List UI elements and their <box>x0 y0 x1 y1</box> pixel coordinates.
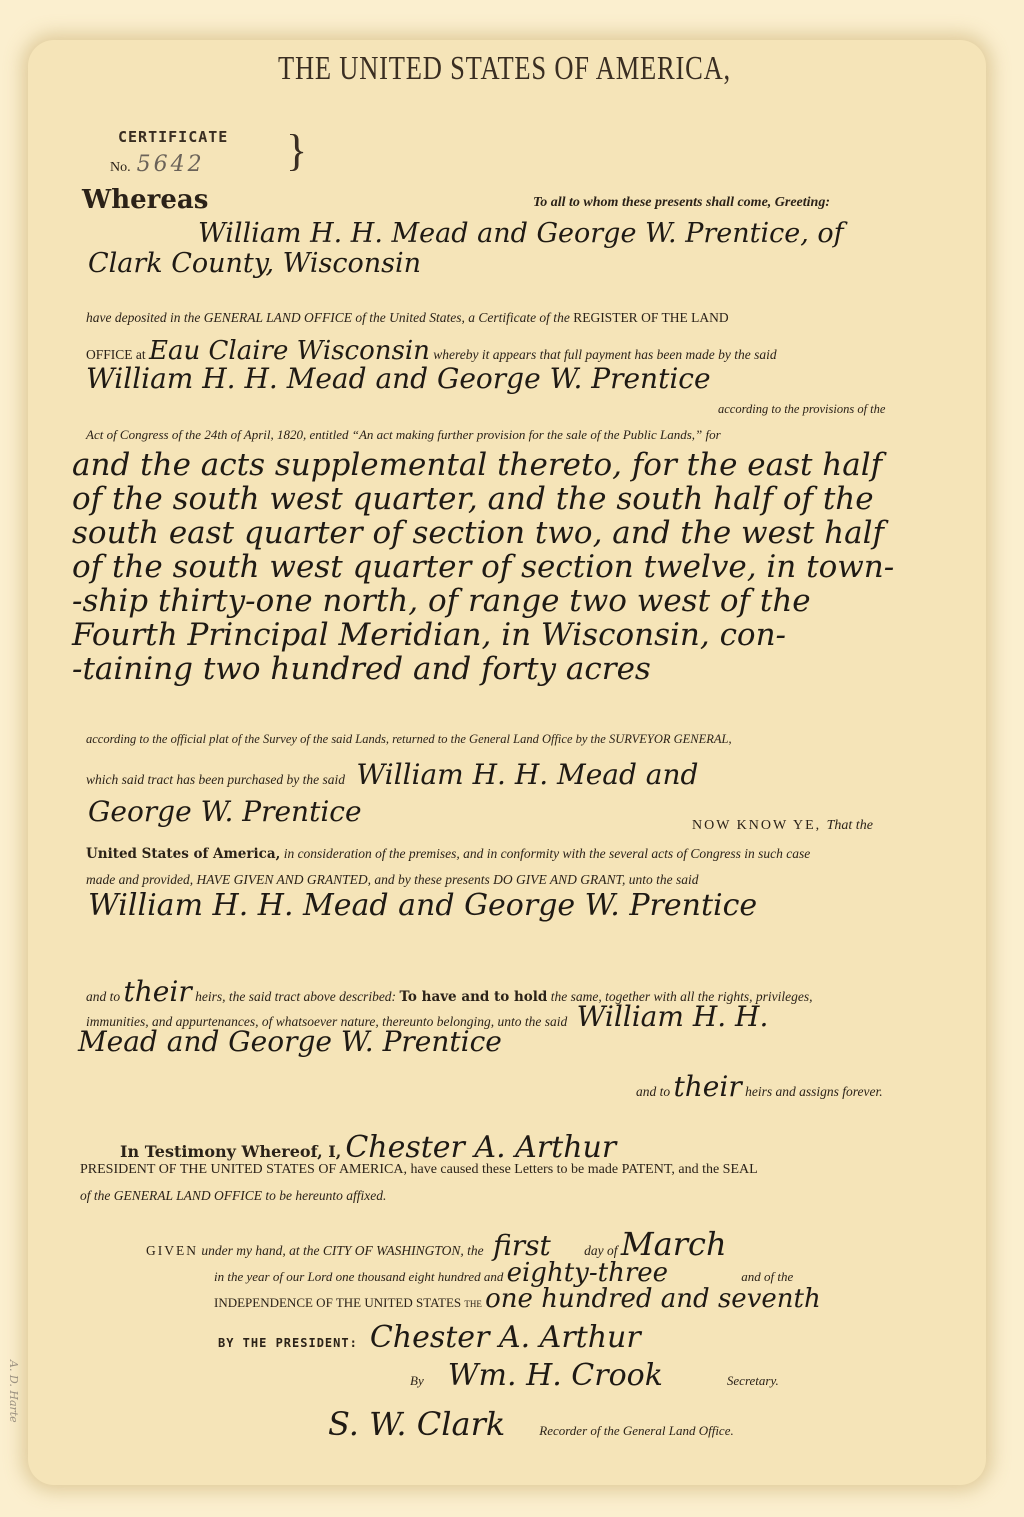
by-president-text: BY THE PRESIDENT: <box>218 1336 358 1350</box>
grantees-5b: Mead and George W. Prentice <box>78 1025 502 1058</box>
description-line: -ship thirty-one north, of range two wes… <box>72 584 894 618</box>
indep-text: INDEPENDENCE OF THE UNITED STATES the <box>214 1295 482 1310</box>
testimony-gothic: In Testimony Whereof, I, <box>120 1142 341 1161</box>
p1-text-e: according to the provisions of the <box>718 402 885 417</box>
p1-text-b: REGISTER OF THE LAND <box>573 310 728 325</box>
and-to-text-2: and to <box>636 1084 670 1099</box>
recorder-line: S. W. Clark Recorder of the General Land… <box>328 1405 734 1443</box>
recorder-title: Recorder of the General Land Office. <box>539 1423 733 1438</box>
given-text-a: under my hand, at the CITY OF WASHINGTON… <box>201 1243 483 1258</box>
grantees-5a: William H. H. <box>577 1000 769 1033</box>
para-2-line-2: which said tract has been purchased by t… <box>86 758 698 791</box>
p5-text-b: of the GENERAL LAND OFFICE to be hereunt… <box>80 1188 386 1204</box>
certificate-no-label: No. <box>110 160 131 175</box>
description-line: -taining two hundred and forty acres <box>72 652 894 686</box>
secretary-line: By Wm. H. Crook Secretary. <box>410 1358 779 1393</box>
p1-text-c: OFFICE at <box>86 347 146 362</box>
now-know-ye: NOW KNOW YE, That the <box>692 818 873 834</box>
grantees-4: William H. H. Mead and George W. Prentic… <box>88 888 757 923</box>
given-text: GIVEN <box>146 1243 198 1258</box>
margin-note: A. D. Harte <box>7 1360 20 1423</box>
grantees-line-2: Clark County, Wisconsin <box>88 248 421 279</box>
p2-text-a: according to the official plat of the Su… <box>86 732 732 747</box>
p1-text-d: whereby it appears that full payment has… <box>433 347 776 362</box>
brace-glyph: } <box>286 125 307 176</box>
indep-handwritten: one hundred and seventh <box>485 1284 821 1314</box>
para-3-line-1: United States of America, in considerati… <box>86 846 810 862</box>
description-line: and the acts supplemental thereto, for t… <box>72 448 894 482</box>
greeting: To all to whom these presents shall come… <box>533 195 830 211</box>
description-line: of the south west quarter of section twe… <box>72 550 894 584</box>
by-text: By <box>410 1373 424 1388</box>
grantees-3a: William H. H. Mead and <box>356 758 698 791</box>
land-description: and the acts supplemental thereto, for t… <box>72 448 894 686</box>
act-line: Act of Congress of the 24th of April, 18… <box>86 427 721 443</box>
description-line: of the south west quarter, and the south… <box>72 482 894 516</box>
year-text-b: and of the <box>741 1269 793 1284</box>
p3-text-b: made and provided, HAVE GIVEN AND GRANTE… <box>86 872 699 888</box>
independence-line: INDEPENDENCE OF THE UNITED STATES the on… <box>214 1284 821 1314</box>
day-of-text: day of <box>584 1243 617 1258</box>
para-4-line-4: and to their heirs and assigns forever. <box>636 1070 883 1103</box>
president-signature: Chester A. Arthur <box>345 1130 616 1165</box>
grantees-2: William H. H. Mead and George W. Prentic… <box>86 362 711 395</box>
p2-text-b: which said tract has been purchased by t… <box>86 772 345 787</box>
document-title: THE UNITED STATES OF AMERICA, <box>278 50 731 88</box>
p5-text-a: PRESIDENT OF THE UNITED STATES OF AMERIC… <box>80 1162 758 1178</box>
para-1-line-1: have deposited in the GENERAL LAND OFFIC… <box>86 310 729 326</box>
secretary-signature: Wm. H. Crook <box>448 1358 663 1393</box>
by-president-line: BY THE PRESIDENT: Chester A. Arthur <box>218 1320 641 1355</box>
testimony-line: In Testimony Whereof, I, Chester A. Arth… <box>120 1130 616 1165</box>
their-handwritten-2: their <box>674 1070 742 1103</box>
usa-gothic-text: United States of America, <box>86 846 280 862</box>
whereas-heading: Whereas <box>82 185 208 215</box>
certificate-number: No.5642 <box>110 152 205 177</box>
p4-text-e: heirs and assigns forever. <box>745 1084 883 1099</box>
secretary-title: Secretary. <box>727 1373 779 1388</box>
now-know-text: NOW KNOW YE, <box>692 818 821 833</box>
grantees-line-1: William H. H. Mead and George W. Prentic… <box>198 218 844 249</box>
p1-text-a: have deposited in the GENERAL LAND OFFIC… <box>86 310 570 325</box>
recorder-signature: S. W. Clark <box>328 1405 505 1443</box>
p3-text-a: in consideration of the premises, and in… <box>284 846 811 861</box>
that-the-text: That the <box>827 818 873 833</box>
certificate-label: CERTIFICATE <box>118 128 228 146</box>
grantees-3b: George W. Prentice <box>88 795 362 828</box>
president-signature-2: Chester A. Arthur <box>370 1320 641 1355</box>
certificate-number-value: 5642 <box>137 152 205 177</box>
description-line: Fourth Principal Meridian, in Wisconsin,… <box>72 618 894 652</box>
year-text-a: in the year of our Lord one thousand eig… <box>214 1269 503 1284</box>
land-patent-document: THE UNITED STATES OF AMERICA, CERTIFICAT… <box>28 40 986 1485</box>
description-line: south east quarter of section two, and t… <box>72 516 894 550</box>
